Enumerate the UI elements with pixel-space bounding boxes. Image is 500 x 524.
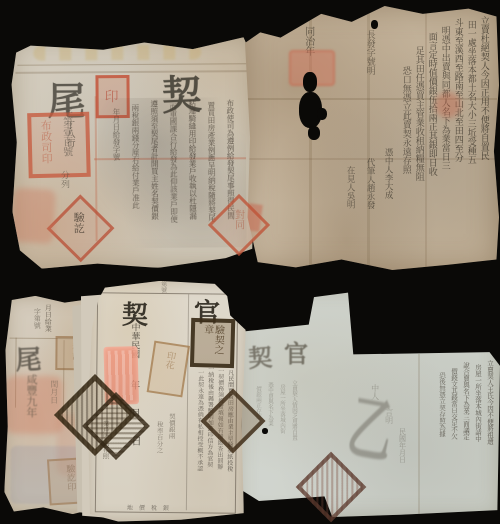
faded-red-seal-wash: [11, 187, 56, 244]
corner-diamond-glyphs: 對同: [232, 210, 243, 240]
left-chars: 分列: [58, 170, 68, 200]
hand-column: 說合賣與名下為業三面議定: [462, 362, 469, 508]
footer-row: 地價稅銀: [127, 503, 175, 513]
dark-seal-glyphs: 驗契之章: [200, 324, 223, 359]
hand-column: 恐口無憑立此賣契永遠存照: [400, 66, 410, 266]
text-column: 兩稅銀兩錢分厘右給付業戶准此: [131, 104, 140, 246]
paper-hole: [303, 72, 317, 92]
hand-column: 立賣杜絕契人今因正用不便將自置民: [478, 16, 488, 266]
hand-column: 價錢文其錢當日交足不欠: [450, 368, 457, 508]
paper-hole: [317, 108, 327, 120]
date-column: 民國年月日: [398, 428, 406, 494]
ink-dot: [262, 428, 268, 434]
mid-column: 稅率百分之: [155, 421, 163, 487]
document-top-right-handwritten-deed: 同治年 長發字號明 立賣杜絕契人今因正用不便將自置民 田一處坐落本都土名大小三坵…: [245, 6, 499, 270]
faint-title-qi: 契: [247, 337, 273, 374]
ref-column: 長發字號明: [364, 30, 374, 92]
signature-column: 在見人吳明: [345, 166, 354, 258]
side-column: 字第壹百號: [60, 106, 71, 166]
faint-printed-column: 立賣契人情因乏用將自置: [290, 380, 296, 498]
top-tiny-label: 第號: [159, 281, 166, 293]
tail-char-wei: 尾: [15, 339, 43, 377]
era-column-xianfeng: 咸豐九年: [25, 374, 37, 434]
text-column: 粘連騎縫用印給發業戶收執以杜隱漏: [188, 100, 197, 246]
hand-column: 房屋一所坐落本城內街請中: [474, 364, 481, 508]
seal-script-glyphs: 布政司印: [39, 120, 52, 170]
document-bottom-right-faded-contract: 官 契 立賣契人情因乏用將自置 房屋一所坐落城內街 憑中賣與名下為業 價銀兩正存…: [238, 288, 500, 517]
faint-printed-column: 房屋一所坐落城內街: [278, 384, 284, 498]
faint-printed-column: 價銀兩正存照: [254, 386, 260, 498]
bottom-seal-glyphs: 驗訖印: [63, 464, 75, 499]
signature-flourish: 乙: [341, 370, 402, 478]
text-column: 遵照須至契尾者計開買主姓名契價銀: [150, 100, 159, 246]
text-column: 而重國課合行給發為此仰該業戶即便: [169, 103, 178, 246]
signature-column: 代筆人趙永發: [365, 158, 374, 258]
red-smudge: [435, 92, 461, 118]
photo-of-antique-documents: 契 尾 印 布政司印 丁八行 字第壹百號 分列 布政使司為遵例給發契尾事照得民間…: [0, 0, 500, 524]
signature-column: 憑中人李大成: [383, 148, 392, 258]
text-column: 年月日給發字號: [112, 108, 121, 228]
paper-hole: [371, 20, 378, 29]
mid-column: 契價銀兩: [167, 413, 175, 473]
hand-column: 田一處坐落本都土名大小三坵受種五: [465, 20, 475, 266]
faded-yellow-stamp-row: [33, 45, 201, 61]
faint-printed-column: 憑中賣與名下為業: [266, 382, 272, 498]
hand-column: 恐後無憑立契存照為據: [438, 372, 445, 508]
diamond-seal-glyphs: 驗訖: [72, 212, 84, 244]
tan-rect-seal: 印花: [147, 341, 190, 398]
tan-seal-glyphs: 印花: [160, 350, 175, 387]
note-column: 字第號: [33, 308, 41, 338]
paper-hole: [308, 126, 320, 140]
note-column: 月日給業: [44, 304, 52, 342]
faint-title-guan: 官: [284, 334, 308, 369]
hand-column: 面言定時值價銀伍拾兩正其銀即日收: [426, 32, 436, 266]
hand-column: 足其田任憑買主管業收租納糧無阻: [413, 46, 423, 266]
hand-column: 立賣契人王氏今因不便將祖遺: [486, 360, 493, 508]
hand-column: 明憑中出賣與同都人名下為業當日三: [439, 26, 449, 266]
hand-column: 斗東至溪西至路南至山北至田四至分: [452, 18, 462, 266]
dark-brown-square-seal: 驗契之章: [190, 318, 235, 368]
